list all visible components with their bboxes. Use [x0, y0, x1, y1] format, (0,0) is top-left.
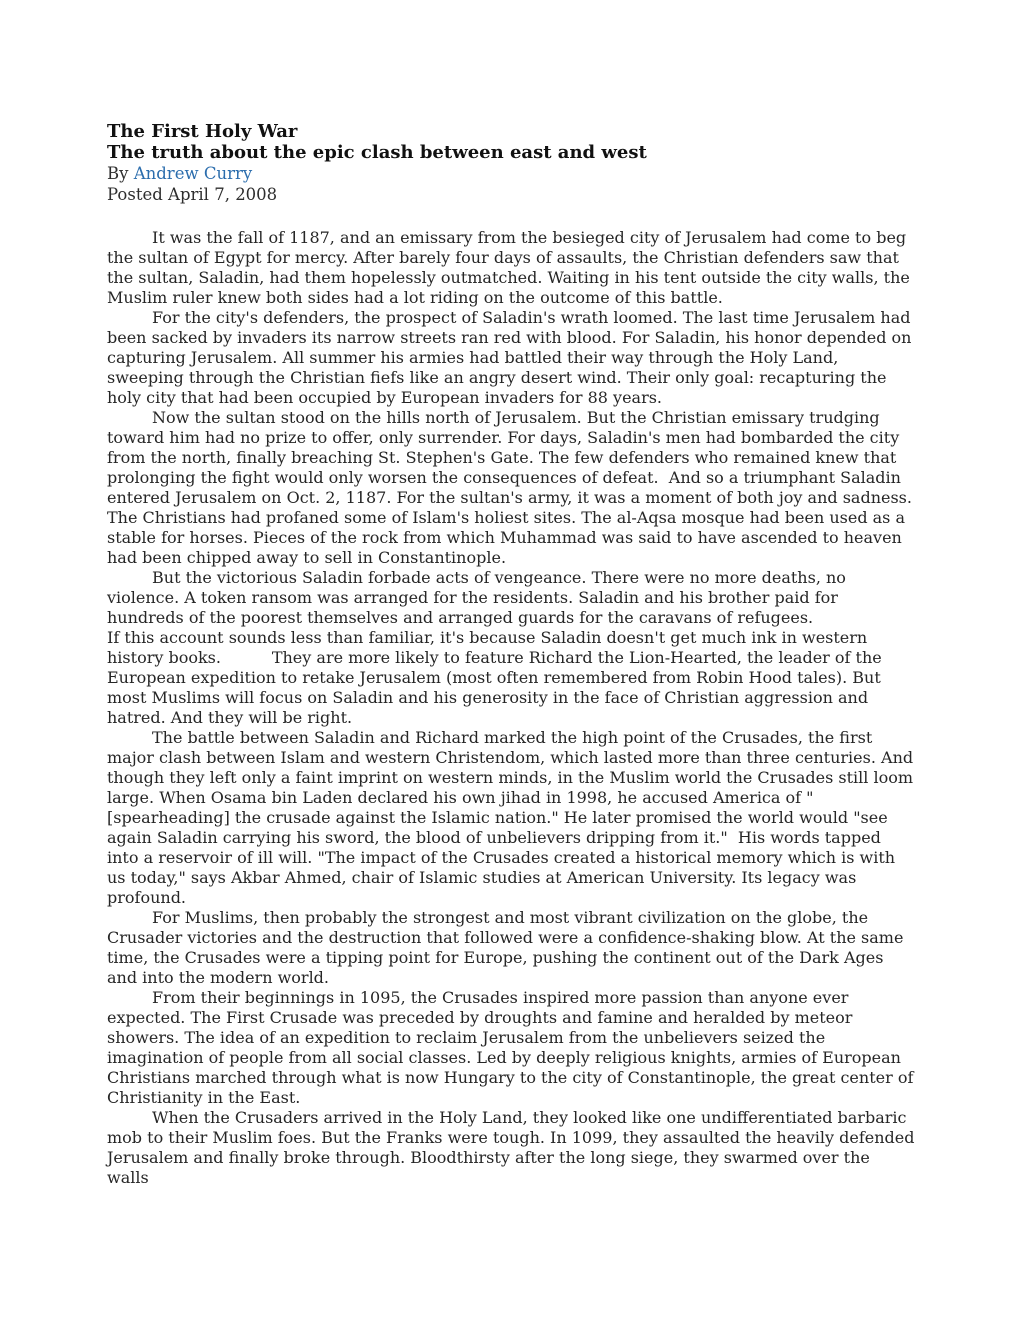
byline: By Andrew Curry	[107, 163, 915, 184]
paragraph-7: For Muslims, then probably the strongest…	[107, 908, 915, 988]
byline-prefix: By	[107, 164, 134, 183]
paragraph-6: The battle between Saladin and Richard m…	[107, 728, 915, 908]
document-page: The First Holy War The truth about the e…	[0, 0, 1020, 1188]
paragraph-4: But the victorious Saladin forbade acts …	[107, 568, 915, 628]
paragraph-9: When the Crusaders arrived in the Holy L…	[107, 1108, 915, 1188]
paragraph-1: It was the fall of 1187, and an emissary…	[107, 228, 915, 308]
paragraph-2: For the city's defenders, the prospect o…	[107, 308, 915, 408]
posted-date: Posted April 7, 2008	[107, 184, 915, 205]
article-subtitle: The truth about the epic clash between e…	[107, 142, 915, 163]
article-header: The First Holy War The truth about the e…	[107, 121, 915, 205]
author-link[interactable]: Andrew Curry	[134, 164, 252, 183]
article-body: It was the fall of 1187, and an emissary…	[107, 228, 915, 1188]
paragraph-8: From their beginnings in 1095, the Crusa…	[107, 988, 915, 1108]
paragraph-5: If this account sounds less than familia…	[107, 628, 915, 728]
article-title: The First Holy War	[107, 121, 915, 142]
paragraph-3: Now the sultan stood on the hills north …	[107, 408, 915, 568]
